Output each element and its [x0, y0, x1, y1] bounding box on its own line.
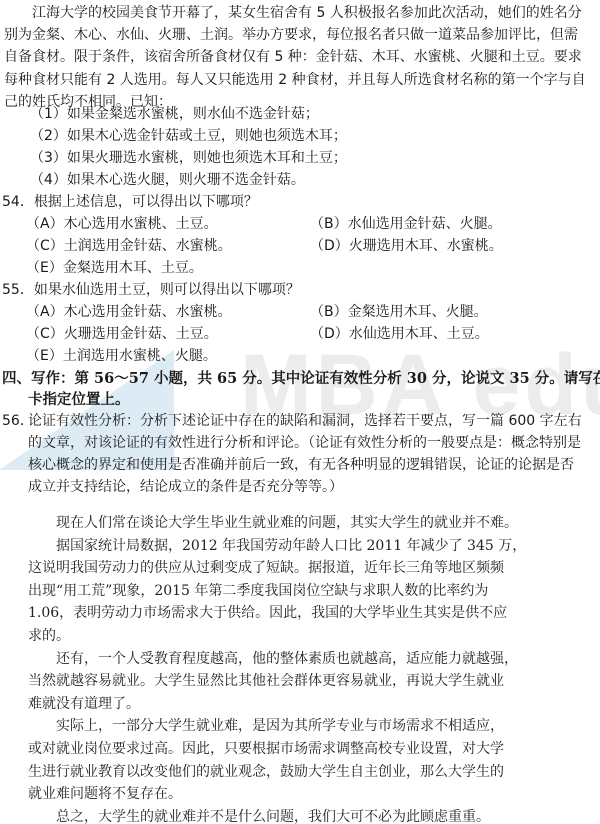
- q54-option-a[interactable]: （A）木心选用水蜜桃、土豆。: [26, 214, 218, 234]
- q56-line: 论证有效性分析：分析下述论证中存在的缺陷和漏洞，选择若干要点，写一篇 600 字…: [28, 411, 582, 431]
- intro-line: 自备食材。限于条件，该宿舍所备食材仅有 5 种：金针菇、木耳、水蜜桃、火腿和土豆…: [4, 46, 598, 68]
- essay-line: 出现“用工荒”现象，2015 年第二季度我国岗位空缺与求职人数的比率约为: [28, 580, 596, 603]
- condition-3: （3）如果火珊选水蜜桃，则她也须选木耳和土豆；: [30, 148, 347, 168]
- essay-line: 现在人们常在谈论大学生毕业生就业难的问题，其实大学生的就业并不难。: [28, 512, 596, 535]
- intro-line: 每种食材只能有 2 人选用。每人又只能选用 2 种食材，并且每人所选食材名称的第…: [4, 69, 598, 91]
- essay-line: 还有，一个人受教育程度越高，他的整体素质也就越高，适应能力就越强，: [28, 648, 596, 671]
- section-heading-cont: 卡指定位置上。: [28, 389, 130, 411]
- section-heading: 四、写作：第 56～57 小题，共 65 分。其中论证有效性分析 30 分，论说…: [2, 368, 600, 390]
- problem-intro: 江海大学的校园美食节开幕了，某女生宿舍有 5 人积极报名参加此次活动，她们的姓名…: [4, 2, 598, 113]
- essay-paragraph-3: 还有，一个人受教育程度越高，他的整体素质也就越高，适应能力就越强， 当然就越容易…: [28, 648, 596, 716]
- essay-paragraph-5: 总之，大学生的就业难并不是什么问题，我们大可不必为此顾虑重重。: [28, 806, 596, 824]
- question-number: 55．: [2, 282, 34, 298]
- essay-line: 实际上，一部分大学生就业难，是因为其所学专业与市场需求不相适应，: [28, 715, 596, 738]
- essay-line: 难就没有道理了。: [28, 693, 596, 716]
- q55-option-e[interactable]: （E）土润选用水蜜桃、火腿。: [26, 346, 217, 366]
- question-stem: 根据上述信息，可以得出以下哪项？: [34, 194, 258, 210]
- essay-line: 就业难问题将不复存在。: [28, 783, 596, 806]
- q55-option-c[interactable]: （C）火珊选用金针菇、土豆。: [26, 324, 218, 344]
- essay-paragraph-1: 现在人们常在谈论大学生毕业生就业难的问题，其实大学生的就业并不难。: [28, 512, 596, 535]
- essay-line: 这说明我国劳动力的供应从过剩变成了短缺。据报道，近年长三角等地区频频: [28, 557, 596, 580]
- essay-line: 据国家统计局数据，2012 年我国劳动年龄人口比 2011 年减少了 345 万…: [28, 535, 596, 558]
- essay-line: 求的。: [28, 625, 596, 648]
- q55-option-b[interactable]: （B）金粲选用木耳、火腿。: [310, 302, 488, 322]
- essay-line: 或对就业岗位要求过高。因此，只要根据市场需求调整高校专业设置，对大学: [28, 738, 596, 761]
- q54-option-e[interactable]: （E）金粲选用木耳、土豆。: [26, 258, 203, 278]
- q54-option-c[interactable]: （C）土润选用金针菇、水蜜桃。: [26, 236, 232, 256]
- q56-line: 成立并支持结论，结论成立的条件是否充分等等。）: [28, 477, 343, 497]
- q54-option-b[interactable]: （B）水仙选用金针菇、火腿。: [310, 214, 502, 234]
- question-number: 54．: [2, 194, 34, 210]
- condition-2: （2）如果木心选金针菇或土豆，则她也须选木耳；: [30, 126, 347, 146]
- q55-option-a[interactable]: （A）木心选用金针菇、水蜜桃。: [26, 302, 232, 322]
- essay-text: 现在人们常在谈论大学生毕业生就业难的问题，其实大学生的就业并不难。 据国家统计局…: [28, 512, 596, 824]
- intro-line: 江海大学的校园美食节开幕了，某女生宿舍有 5 人积极报名参加此次活动，她们的姓名…: [4, 2, 598, 24]
- q56-line: 核心概念的界定和使用是否准确并前后一致，有无各种明显的逻辑错误，论证的论据是否: [28, 455, 574, 475]
- exam-page: MBA edu 江海大学的校园美食节开幕了，某女生宿舍有 5 人积极报名参加此次…: [0, 0, 600, 824]
- condition-1: （1）如果金粲选水蜜桃，则水仙不选金针菇；: [30, 104, 319, 124]
- intro-line: 别为金粲、木心、水仙、火珊、土润。举办方要求，每位报名者只做一道菜品参加评比，但…: [4, 24, 598, 46]
- essay-line: 生进行就业教育以改变他们的就业观念，鼓励大学生自主创业，那么大学生的: [28, 761, 596, 784]
- essay-line: 1.06，表明劳动力市场需求大于供给。因此，我国的大学毕业生其实是供不应: [28, 602, 596, 625]
- question-stem: 如果水仙选用土豆，则可以得出以下哪项？: [34, 282, 300, 298]
- condition-4: （4）如果木心选火腿，则火珊不选金针菇。: [30, 170, 305, 190]
- essay-paragraph-2: 据国家统计局数据，2012 年我国劳动年龄人口比 2011 年减少了 345 万…: [28, 535, 596, 648]
- essay-line: 当然就越容易就业。大学生显然比其他社会群体更容易就业，再说大学生就业: [28, 670, 596, 693]
- essay-line: 总之，大学生的就业难并不是什么问题，我们大可不必为此顾虑重重。: [28, 806, 596, 824]
- q55-option-d[interactable]: （D）水仙选用木耳、土豆。: [310, 324, 489, 344]
- q56-line: 的文章，对该论证的有效性进行分析和评论。（论证有效性分析的一般要点是：概念特别是: [28, 433, 581, 453]
- question-54: 54．根据上述信息，可以得出以下哪项？: [2, 192, 258, 212]
- question-55: 55．如果水仙选用土豆，则可以得出以下哪项？: [2, 280, 300, 300]
- essay-paragraph-4: 实际上，一部分大学生就业难，是因为其所学专业与市场需求不相适应， 或对就业岗位要…: [28, 715, 596, 805]
- q54-option-d[interactable]: （D）火珊选用木耳、水蜜桃。: [310, 236, 503, 256]
